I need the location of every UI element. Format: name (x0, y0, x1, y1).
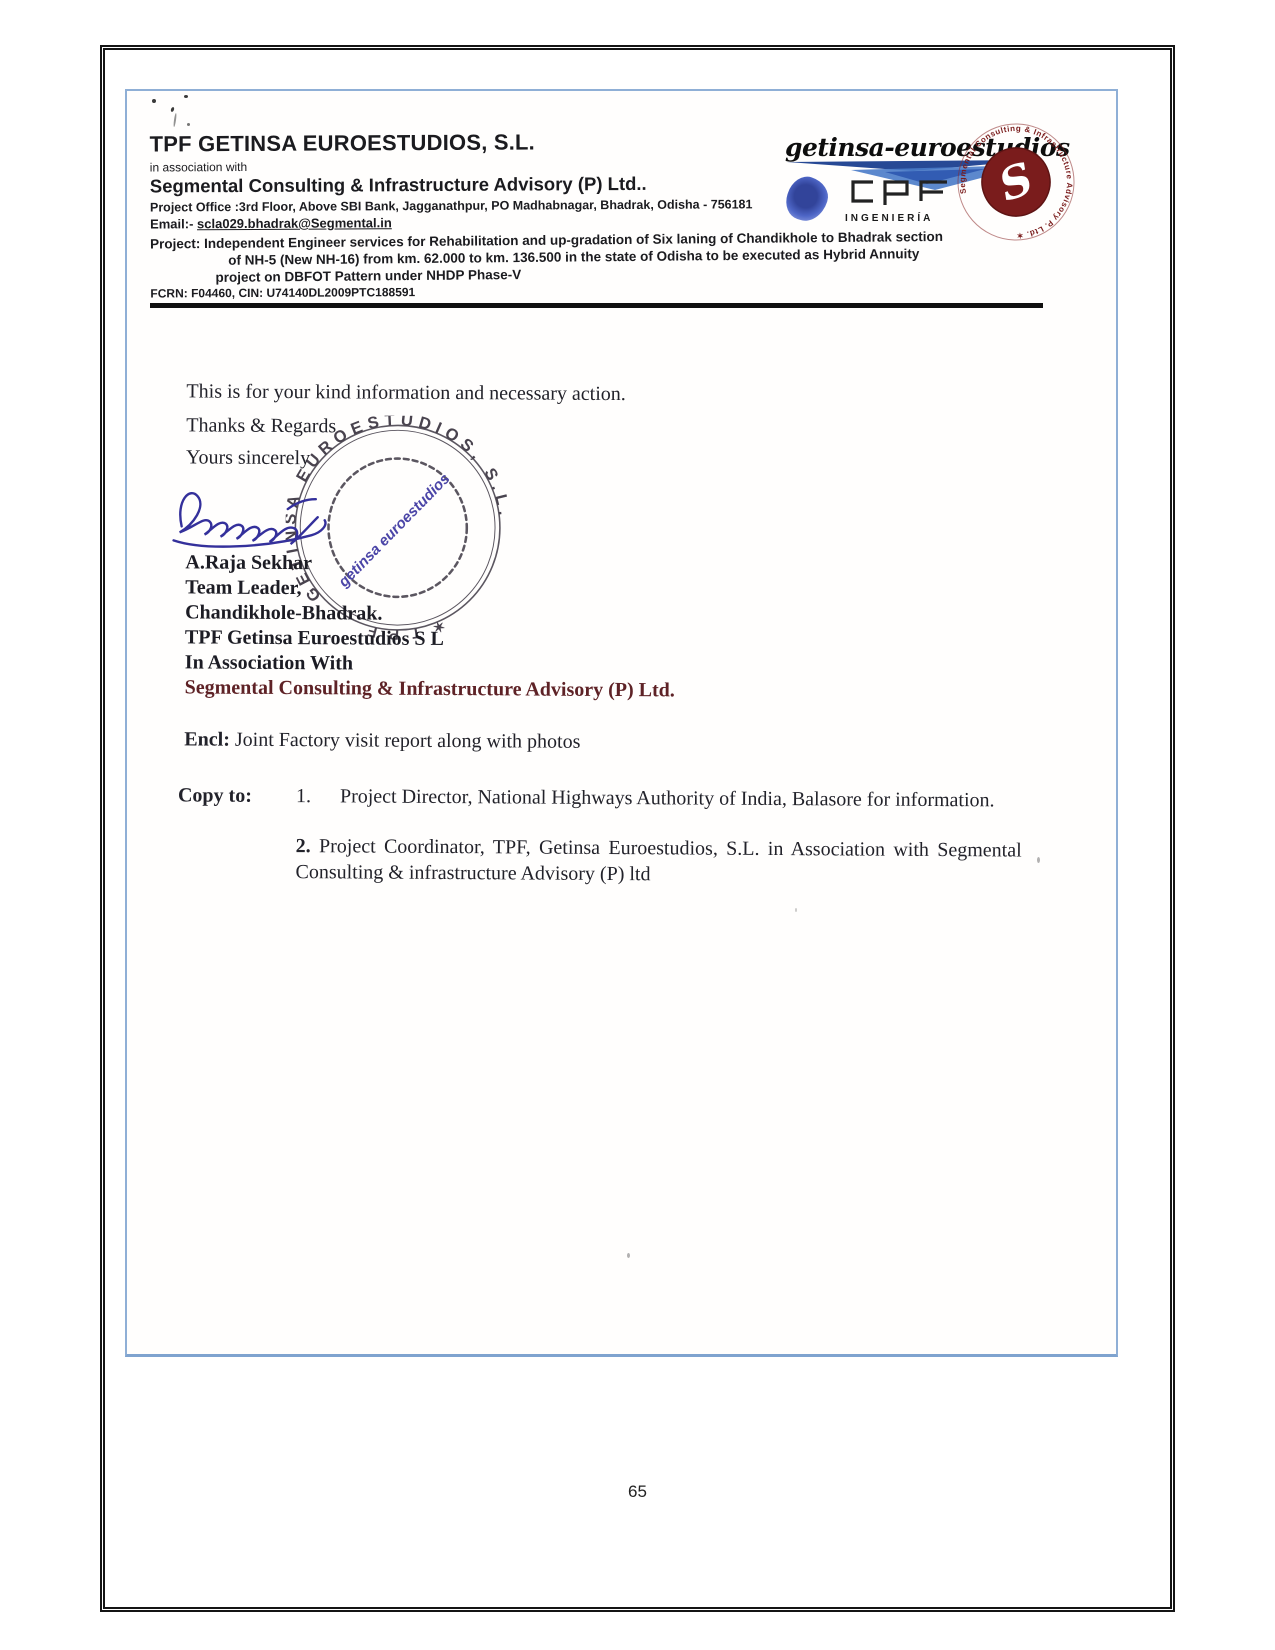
copy-item-1-number: 1. (296, 783, 340, 809)
copy-item-2-number: 2. (296, 835, 311, 857)
body-line-info: This is for your kind information and ne… (186, 378, 1036, 409)
signatory-company-secondary: Segmental Consulting & Infrastructure Ad… (185, 675, 1035, 705)
segmental-seal-icon: S Segmental Consulting & Infrastructure … (951, 117, 1081, 247)
scan-artifact (627, 1253, 630, 1258)
enclosure-label: Encl: (184, 728, 230, 750)
copy-item-1: 1. Project Director, National Highways A… (296, 783, 1022, 813)
ink-scratch (173, 113, 177, 127)
project-label: Project: (150, 236, 204, 252)
signatory-block: A.Raja Sekhar Team Leader, Chandikhole-B… (185, 550, 1036, 705)
copy-to-items: 1. Project Director, National Highways A… (295, 783, 1022, 889)
tpf-logo-glyphs-icon (845, 177, 955, 207)
scan-artifact (1037, 857, 1040, 863)
ink-speck (184, 95, 188, 98)
letter-scan-region: TPF GETINSA EUROESTUDIOS, S.L. in associ… (125, 89, 1118, 1357)
ink-speck (152, 99, 156, 103)
scanned-letter-page: TPF GETINSA EUROESTUDIOS, S.L. in associ… (0, 0, 1275, 1650)
page-border-frame: TPF GETINSA EUROESTUDIOS, S.L. in associ… (100, 45, 1175, 1612)
copy-item-2-text: Project Coordinator, TPF, Getinsa Euroes… (295, 835, 1021, 885)
copy-to-section: Copy to: 1. Project Director, National H… (183, 782, 1034, 889)
email-label: Email:- (150, 216, 197, 231)
letterhead-divider-rule (150, 303, 1043, 308)
ink-speck (170, 107, 175, 113)
copy-item-1-text: Project Director, National Highways Auth… (340, 783, 1022, 813)
copy-to-label: Copy to: (177, 782, 296, 885)
enclosure-text: Joint Factory visit report along with ph… (230, 729, 581, 753)
copy-item-2: 2. Project Coordinator, TPF, Getinsa Eur… (295, 833, 1021, 889)
letter-body: This is for your kind information and ne… (183, 378, 1036, 889)
ink-speck (187, 123, 190, 126)
email-address: scla029.bhadrak@Segmental.in (197, 215, 392, 231)
enclosure-line: Encl: Joint Factory visit report along w… (184, 726, 1034, 757)
page-number: 65 (105, 1482, 1170, 1502)
scan-artifact (795, 908, 797, 912)
